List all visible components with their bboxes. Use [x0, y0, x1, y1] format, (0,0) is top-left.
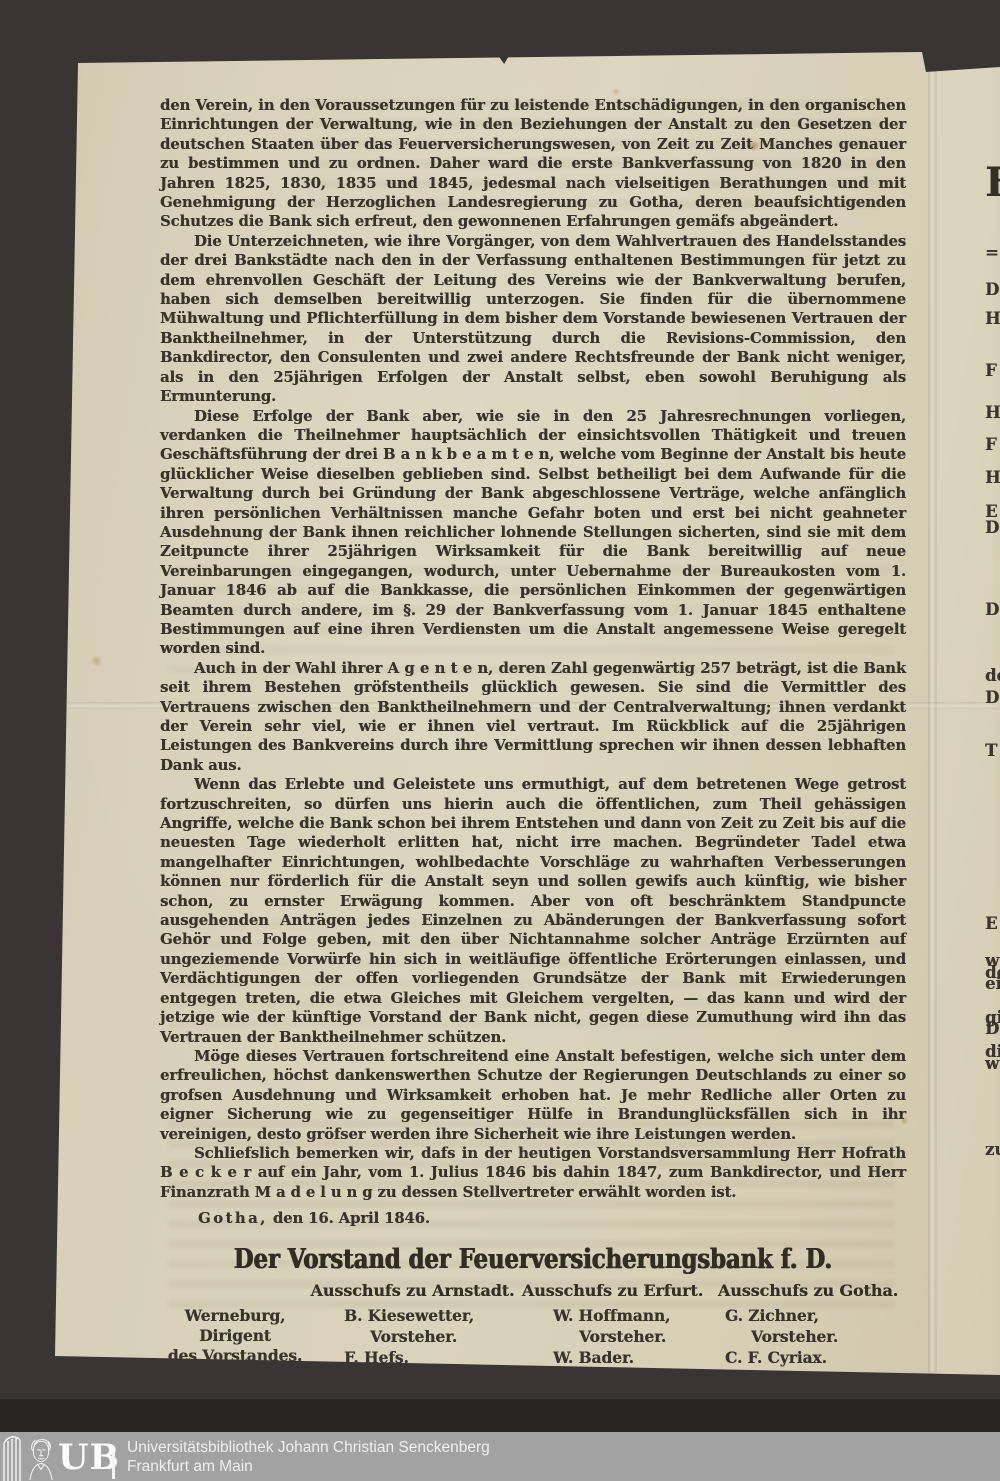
signature-name: Vorsteher. — [725, 1326, 906, 1347]
fold-crease-vertical — [928, 60, 937, 1372]
scan-viewport: den Verein, in den Voraussetzungen für z… — [0, 0, 1000, 1481]
edge-fragment: de — [985, 666, 1000, 685]
edge-fragment: H — [985, 403, 1000, 422]
footer-dark-strip — [0, 1399, 1000, 1432]
signature-name: W. Hoffmann, — [553, 1305, 710, 1326]
director-line: Dirigent — [160, 1326, 310, 1346]
paragraph: Möge dieses Vertrauen fortschreitend ein… — [160, 1047, 906, 1144]
scanned-page: den Verein, in den Voraussetzungen für z… — [0, 0, 1000, 1390]
director-line: Werneburg, — [160, 1306, 310, 1326]
book-spines-icon — [2, 1434, 22, 1481]
signature-name: W. Bader. — [553, 1347, 710, 1368]
adjacent-page-edge: F = D H F H F H E D D de D T E w — [976, 0, 1000, 1380]
edge-fragment: T — [985, 741, 997, 760]
paragraph-list: den Verein, in den Voraussetzungen für z… — [160, 96, 906, 1202]
signature-name: Vorsteher. — [344, 1326, 515, 1347]
signature-name: L. Hoffmann. — [553, 1368, 710, 1389]
signature-name: Vorsteher. — [553, 1326, 710, 1347]
edge-fragment: = — [985, 243, 999, 262]
edge-fragment: H — [985, 468, 1000, 487]
paragraph: Wenn das Erlebte und Geleistete uns ermu… — [160, 775, 906, 1047]
committee-header: Ausschufs zu Gotha. — [710, 1281, 906, 1301]
paragraph: Die Unterzeichneten, wie ihre Vorgänger,… — [160, 232, 906, 407]
director-line: des Vorstandes. — [160, 1346, 310, 1366]
library-name: Universitätsbibliothek Johann Christian … — [127, 1438, 490, 1457]
portrait-icon — [24, 1435, 58, 1480]
library-city: Frankfurt am Main — [127, 1457, 490, 1476]
signature-name: F. Hefs. — [344, 1347, 515, 1368]
edge-fragment: F — [985, 361, 997, 380]
stain — [612, 88, 620, 95]
library-label: Universitätsbibliothek Johann Christian … — [127, 1438, 490, 1476]
vorstand-heading: Der Vorstand der Feuerversicherungsbank … — [220, 1243, 847, 1277]
dateline-rest: den 16. April 1846. — [268, 1210, 430, 1227]
signature-name: W. Lange. — [344, 1368, 515, 1389]
ub-monogram: UB — [58, 1440, 120, 1475]
edge-fragment: D — [985, 688, 999, 707]
page-text: den Verein, in den Voraussetzungen für z… — [160, 96, 906, 1473]
library-footer: UB Universitätsbibliothek Johann Christi… — [0, 1432, 1000, 1481]
edge-fragment: zu — [985, 1140, 1000, 1159]
edge-fragment: D — [985, 600, 999, 619]
signature-name: C. F. Cyriax. — [725, 1347, 906, 1368]
dateline: Gotha, den 16. April 1846. — [160, 1209, 906, 1228]
paragraph: Auch in der Wahl ihrer A g e n t e n, de… — [160, 659, 906, 775]
committee-header: Ausschufs zu Erfurt. — [515, 1281, 710, 1301]
edge-fragment: E — [985, 914, 998, 933]
edge-fragment: ei — [985, 974, 1000, 993]
edge-fragment: D — [985, 280, 999, 299]
paragraph: den Verein, in den Voraussetzungen für z… — [160, 96, 906, 232]
edge-fragment: D — [985, 1019, 999, 1038]
paragraph: Diese Erfolge der Bank aber, wie sie in … — [160, 407, 906, 659]
committee-header: Ausschufs zu Arnstadt. — [310, 1281, 515, 1301]
edge-fragment: F — [985, 163, 1000, 203]
signature-name: F. A. Kämpf. — [725, 1368, 906, 1389]
signature-name: G. Zichner, — [725, 1305, 906, 1326]
signature-name: B. Kiesewetter, — [344, 1305, 515, 1326]
edge-fragment: H — [985, 309, 1000, 328]
stain — [90, 655, 103, 667]
paragraph: Schliefslich bemerken wir, dafs in der h… — [160, 1144, 906, 1202]
dateline-place: Gotha, — [198, 1210, 268, 1227]
edge-fragment: F — [985, 435, 997, 454]
edge-fragment: D — [985, 518, 999, 537]
logo-divider — [112, 1452, 115, 1479]
edge-fragment: w — [985, 1054, 999, 1073]
